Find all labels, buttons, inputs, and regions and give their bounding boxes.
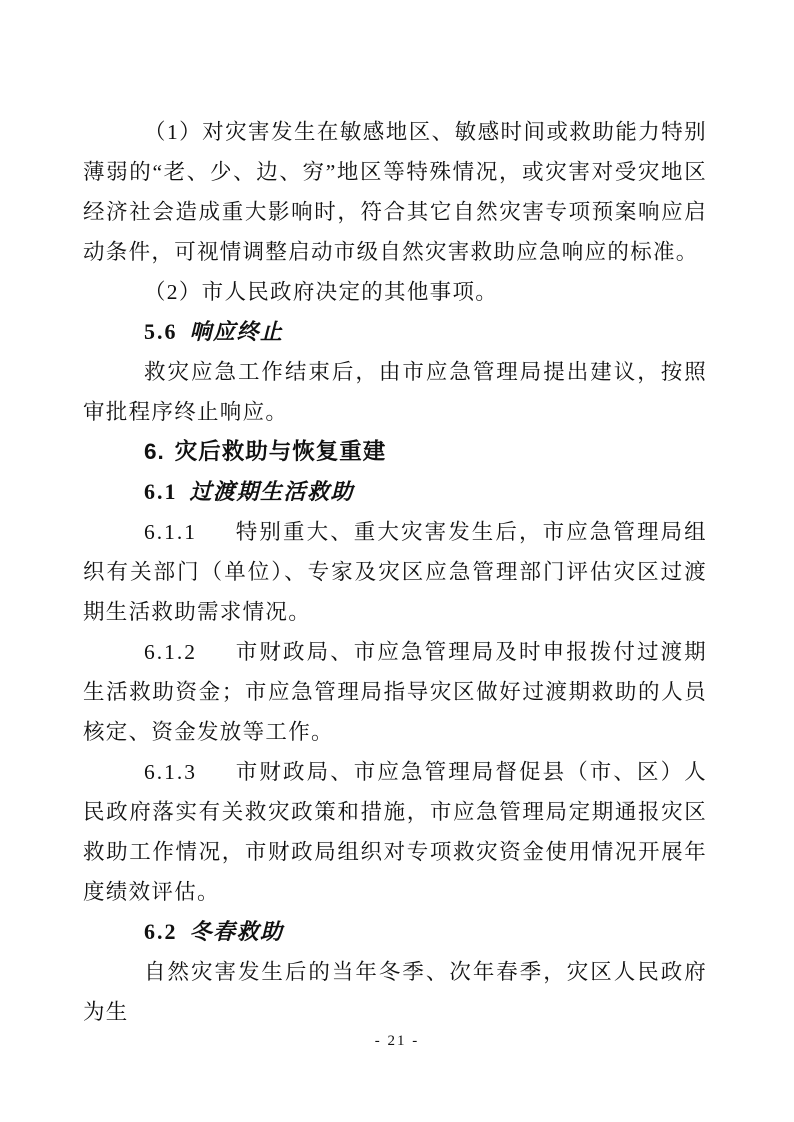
heading-text: 过渡期生活救助 — [190, 479, 355, 504]
heading-text: 灾后救助与恢复重建 — [175, 439, 387, 464]
paragraph-2: （2）市人民政府决定的其他事项。 — [83, 272, 707, 312]
section-heading-6: 6.灾后救助与恢复重建 — [144, 432, 707, 472]
paragraph-text: （2）市人民政府决定的其他事项。 — [144, 280, 498, 304]
document-body: （1）对灾害发生在敏感地区、敏感时间或救助能力特别薄弱的“老、少、边、穷”地区等… — [83, 112, 707, 1032]
paragraph-text: （1）对灾害发生在敏感地区、敏感时间或救助能力特别薄弱的“老、少、边、穷”地区等… — [83, 120, 707, 264]
paragraph-6-1-1: 6.1.1特别重大、重大灾害发生后，市应急管理局组织有关部门（单位）、专家及灾区… — [83, 512, 707, 632]
document-page: { "content": [ { "type": "p", "text": "（… — [0, 0, 794, 1122]
heading-text: 冬春救助 — [190, 919, 284, 944]
heading-text: 响应终止 — [190, 319, 284, 344]
paragraph-number: 6.1.2 — [144, 640, 197, 664]
paragraph-number: 6.1.1 — [144, 520, 197, 544]
paragraph-number: 6.1.3 — [144, 760, 197, 784]
section-heading-6-2: 6.2冬春救助 — [144, 912, 707, 952]
paragraph-last: 自然灾害发生后的当年冬季、次年春季，灾区人民政府为生 — [83, 952, 707, 1032]
paragraph-text: 救灾应急工作结束后，由市应急管理局提出建议，按照审批程序终止响应。 — [83, 360, 707, 424]
section-heading-5-6: 5.6响应终止 — [144, 312, 707, 352]
paragraph-6-1-2: 6.1.2市财政局、市应急管理局及时申报拨付过渡期生活救助资金；市应急管理局指导… — [83, 632, 707, 752]
heading-number: 6.2 — [144, 919, 178, 944]
paragraph-3: 救灾应急工作结束后，由市应急管理局提出建议，按照审批程序终止响应。 — [83, 352, 707, 432]
heading-number: 6.1 — [144, 479, 178, 504]
heading-number: 6. — [144, 439, 165, 464]
paragraph-1: （1）对灾害发生在敏感地区、敏感时间或救助能力特别薄弱的“老、少、边、穷”地区等… — [83, 112, 707, 272]
section-heading-6-1: 6.1过渡期生活救助 — [144, 472, 707, 512]
paragraph-6-1-3: 6.1.3市财政局、市应急管理局督促县（市、区）人民政府落实有关救灾政策和措施，… — [83, 752, 707, 912]
heading-number: 5.6 — [144, 319, 178, 344]
paragraph-text: 自然灾害发生后的当年冬季、次年春季，灾区人民政府为生 — [83, 960, 707, 1024]
page-number: - 21 - — [0, 1033, 794, 1050]
